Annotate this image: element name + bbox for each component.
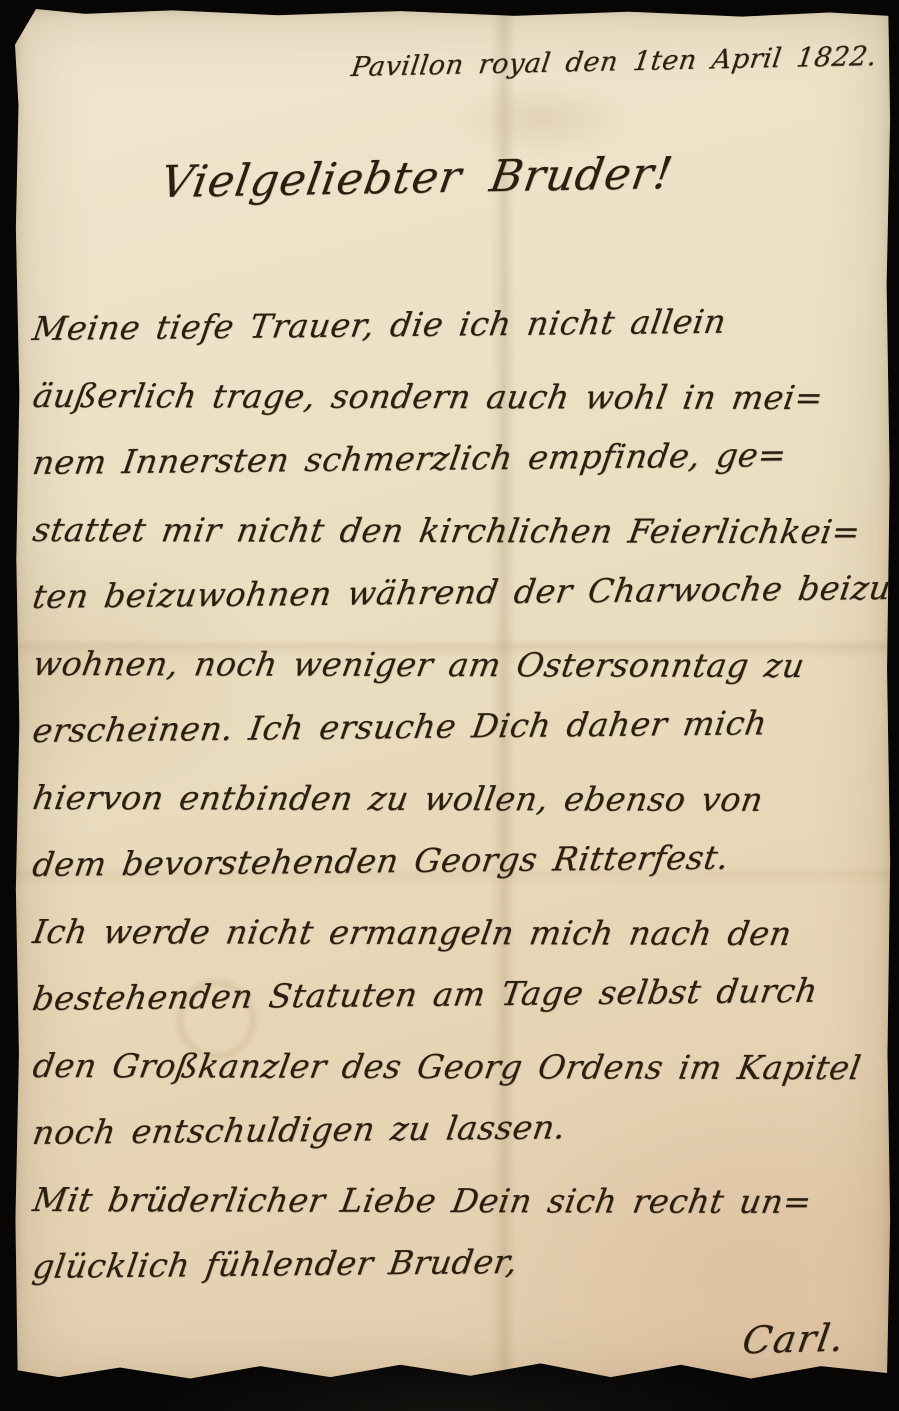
letter-line: ten beizuwohnen während der Charwoche be…	[28, 554, 891, 630]
closing-line: glücklich fühlender Bruder,	[28, 1224, 891, 1300]
dateline: Pavillon royal den 1ten April 1822.	[350, 41, 880, 83]
letter-line: Meine tiefe Trauer, die ich nicht allein	[28, 286, 891, 362]
salutation: Vielgeliebter Bruder!	[157, 148, 677, 208]
letter-line: nem Innersten schmerzlich empfinde, ge=	[28, 420, 891, 496]
letter-line: erscheinen. Ich ersuche Dich daher mich	[28, 688, 891, 764]
letter-photo: Pavillon royal den 1ten April 1822. Viel…	[0, 0, 899, 1411]
letter-line: bestehenden Statuten am Tage selbst durc…	[28, 956, 891, 1032]
signature: Carl.	[740, 1316, 849, 1363]
letter-line: dem bevorstehenden Georgs Ritterfest.	[28, 822, 891, 898]
letter-line: noch entschuldigen zu lassen.	[28, 1090, 891, 1166]
letter-paper: Pavillon royal den 1ten April 1822. Viel…	[15, 9, 891, 1384]
letter-body: Meine tiefe Trauer, die ich nicht allein…	[28, 295, 885, 1300]
